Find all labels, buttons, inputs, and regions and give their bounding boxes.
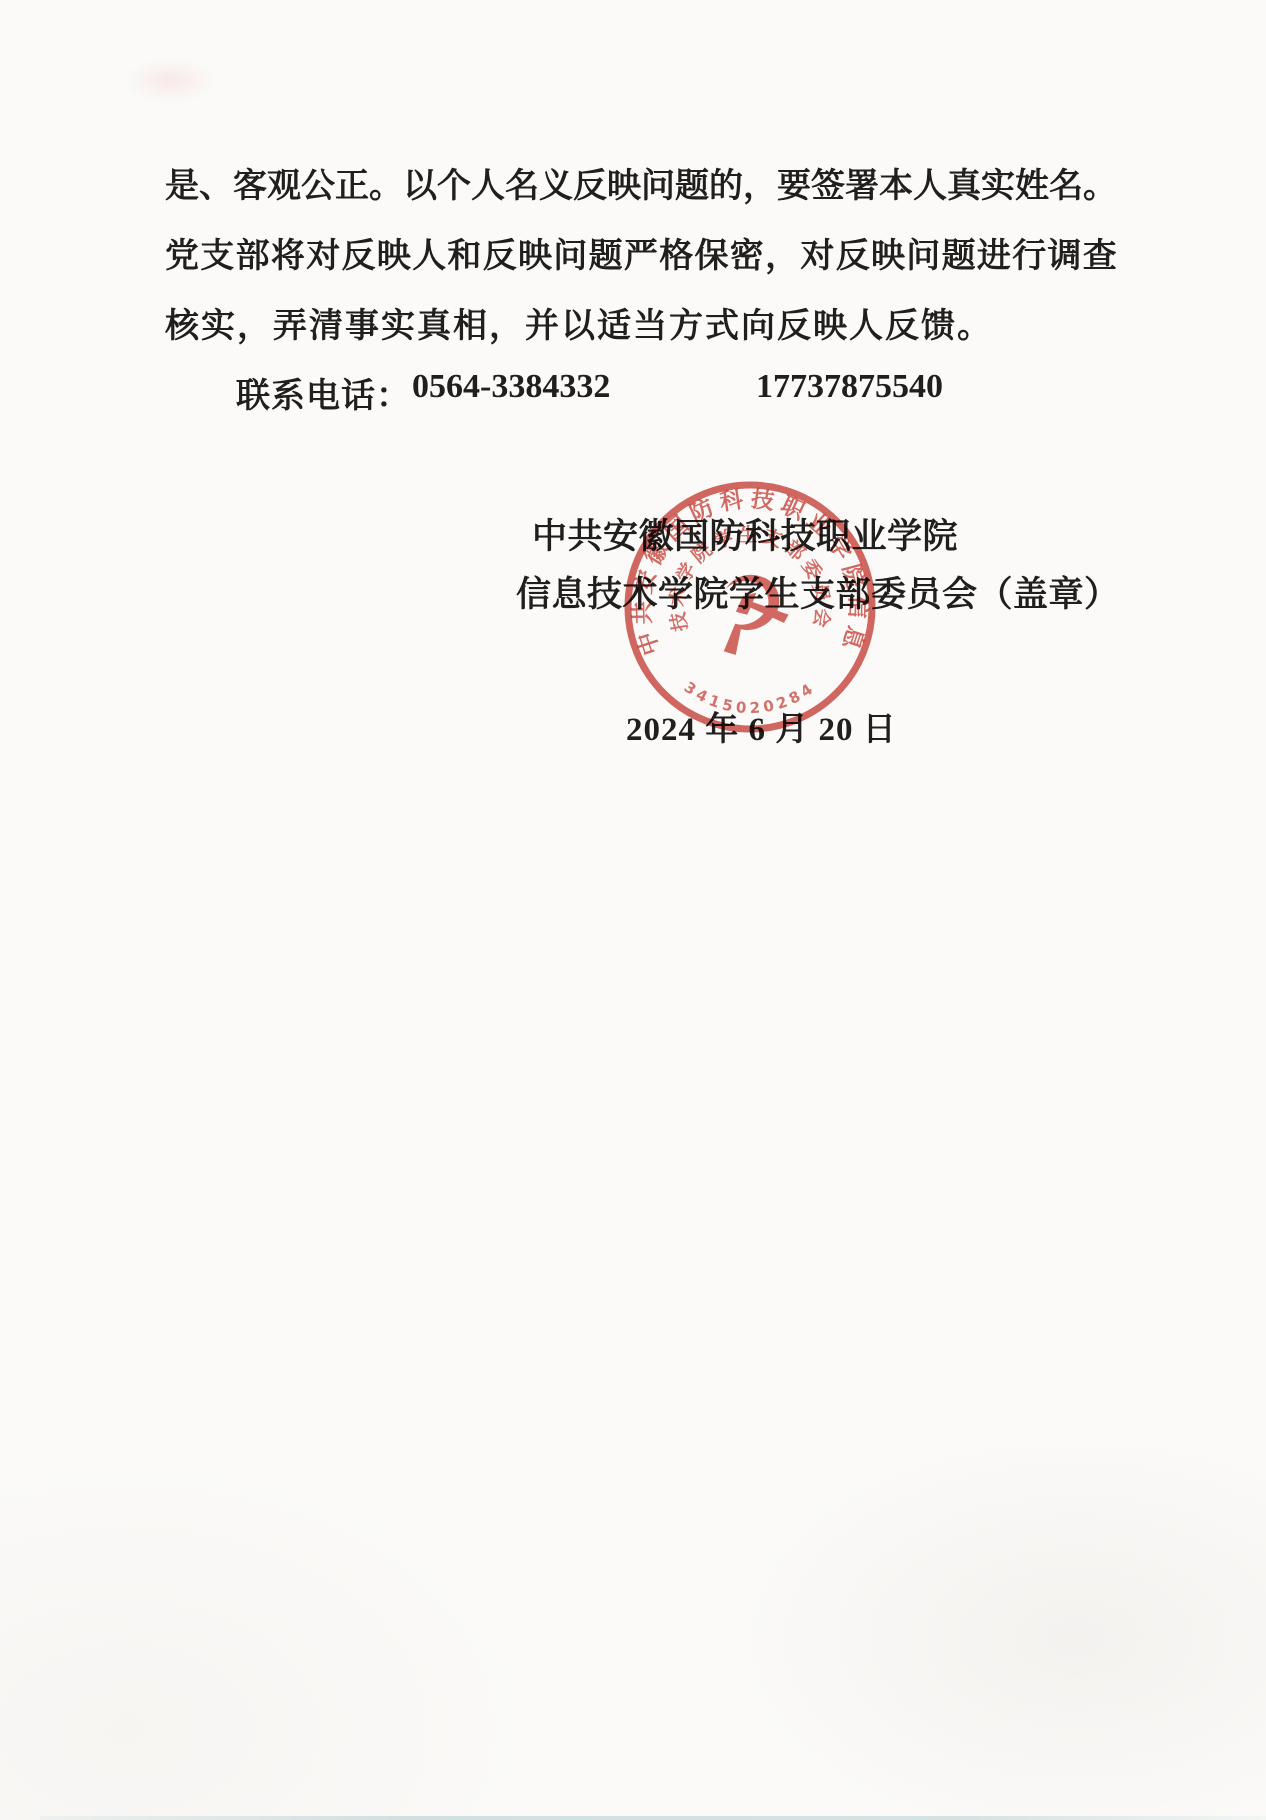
contact-label: 联系电话：: [236, 368, 411, 417]
scan-edge-artifact: [40, 1816, 1266, 1820]
contact-phone-secondary: 17737875540: [756, 368, 943, 406]
paper-smudge: [125, 58, 215, 103]
official-seal: 中共安徽国防科技职业学院信息 技术学院学生支部委员会 ☭ 3415020284: [614, 471, 886, 743]
body-text-line: 是、客观公正。以个人名义反映问题的，要签署本人真实姓名。: [165, 158, 1117, 207]
scanned-document-page: 是、客观公正。以个人名义反映问题的，要签署本人真实姓名。 党支部将对反映人和反映…: [0, 0, 1266, 1820]
svg-text:3415020284: 3415020284: [681, 678, 819, 717]
hammer-sickle-icon: ☭: [689, 545, 810, 684]
body-text-line: 核实，弄清事实真相，并以适当方式向反映人反馈。: [165, 298, 993, 347]
body-text-line: 党支部将对反映人和反映问题严格保密，对反映问题进行调查: [165, 228, 1118, 277]
contact-phone-primary: 0564-3384332: [412, 368, 610, 406]
seal-serial-number: 3415020284: [681, 678, 819, 717]
